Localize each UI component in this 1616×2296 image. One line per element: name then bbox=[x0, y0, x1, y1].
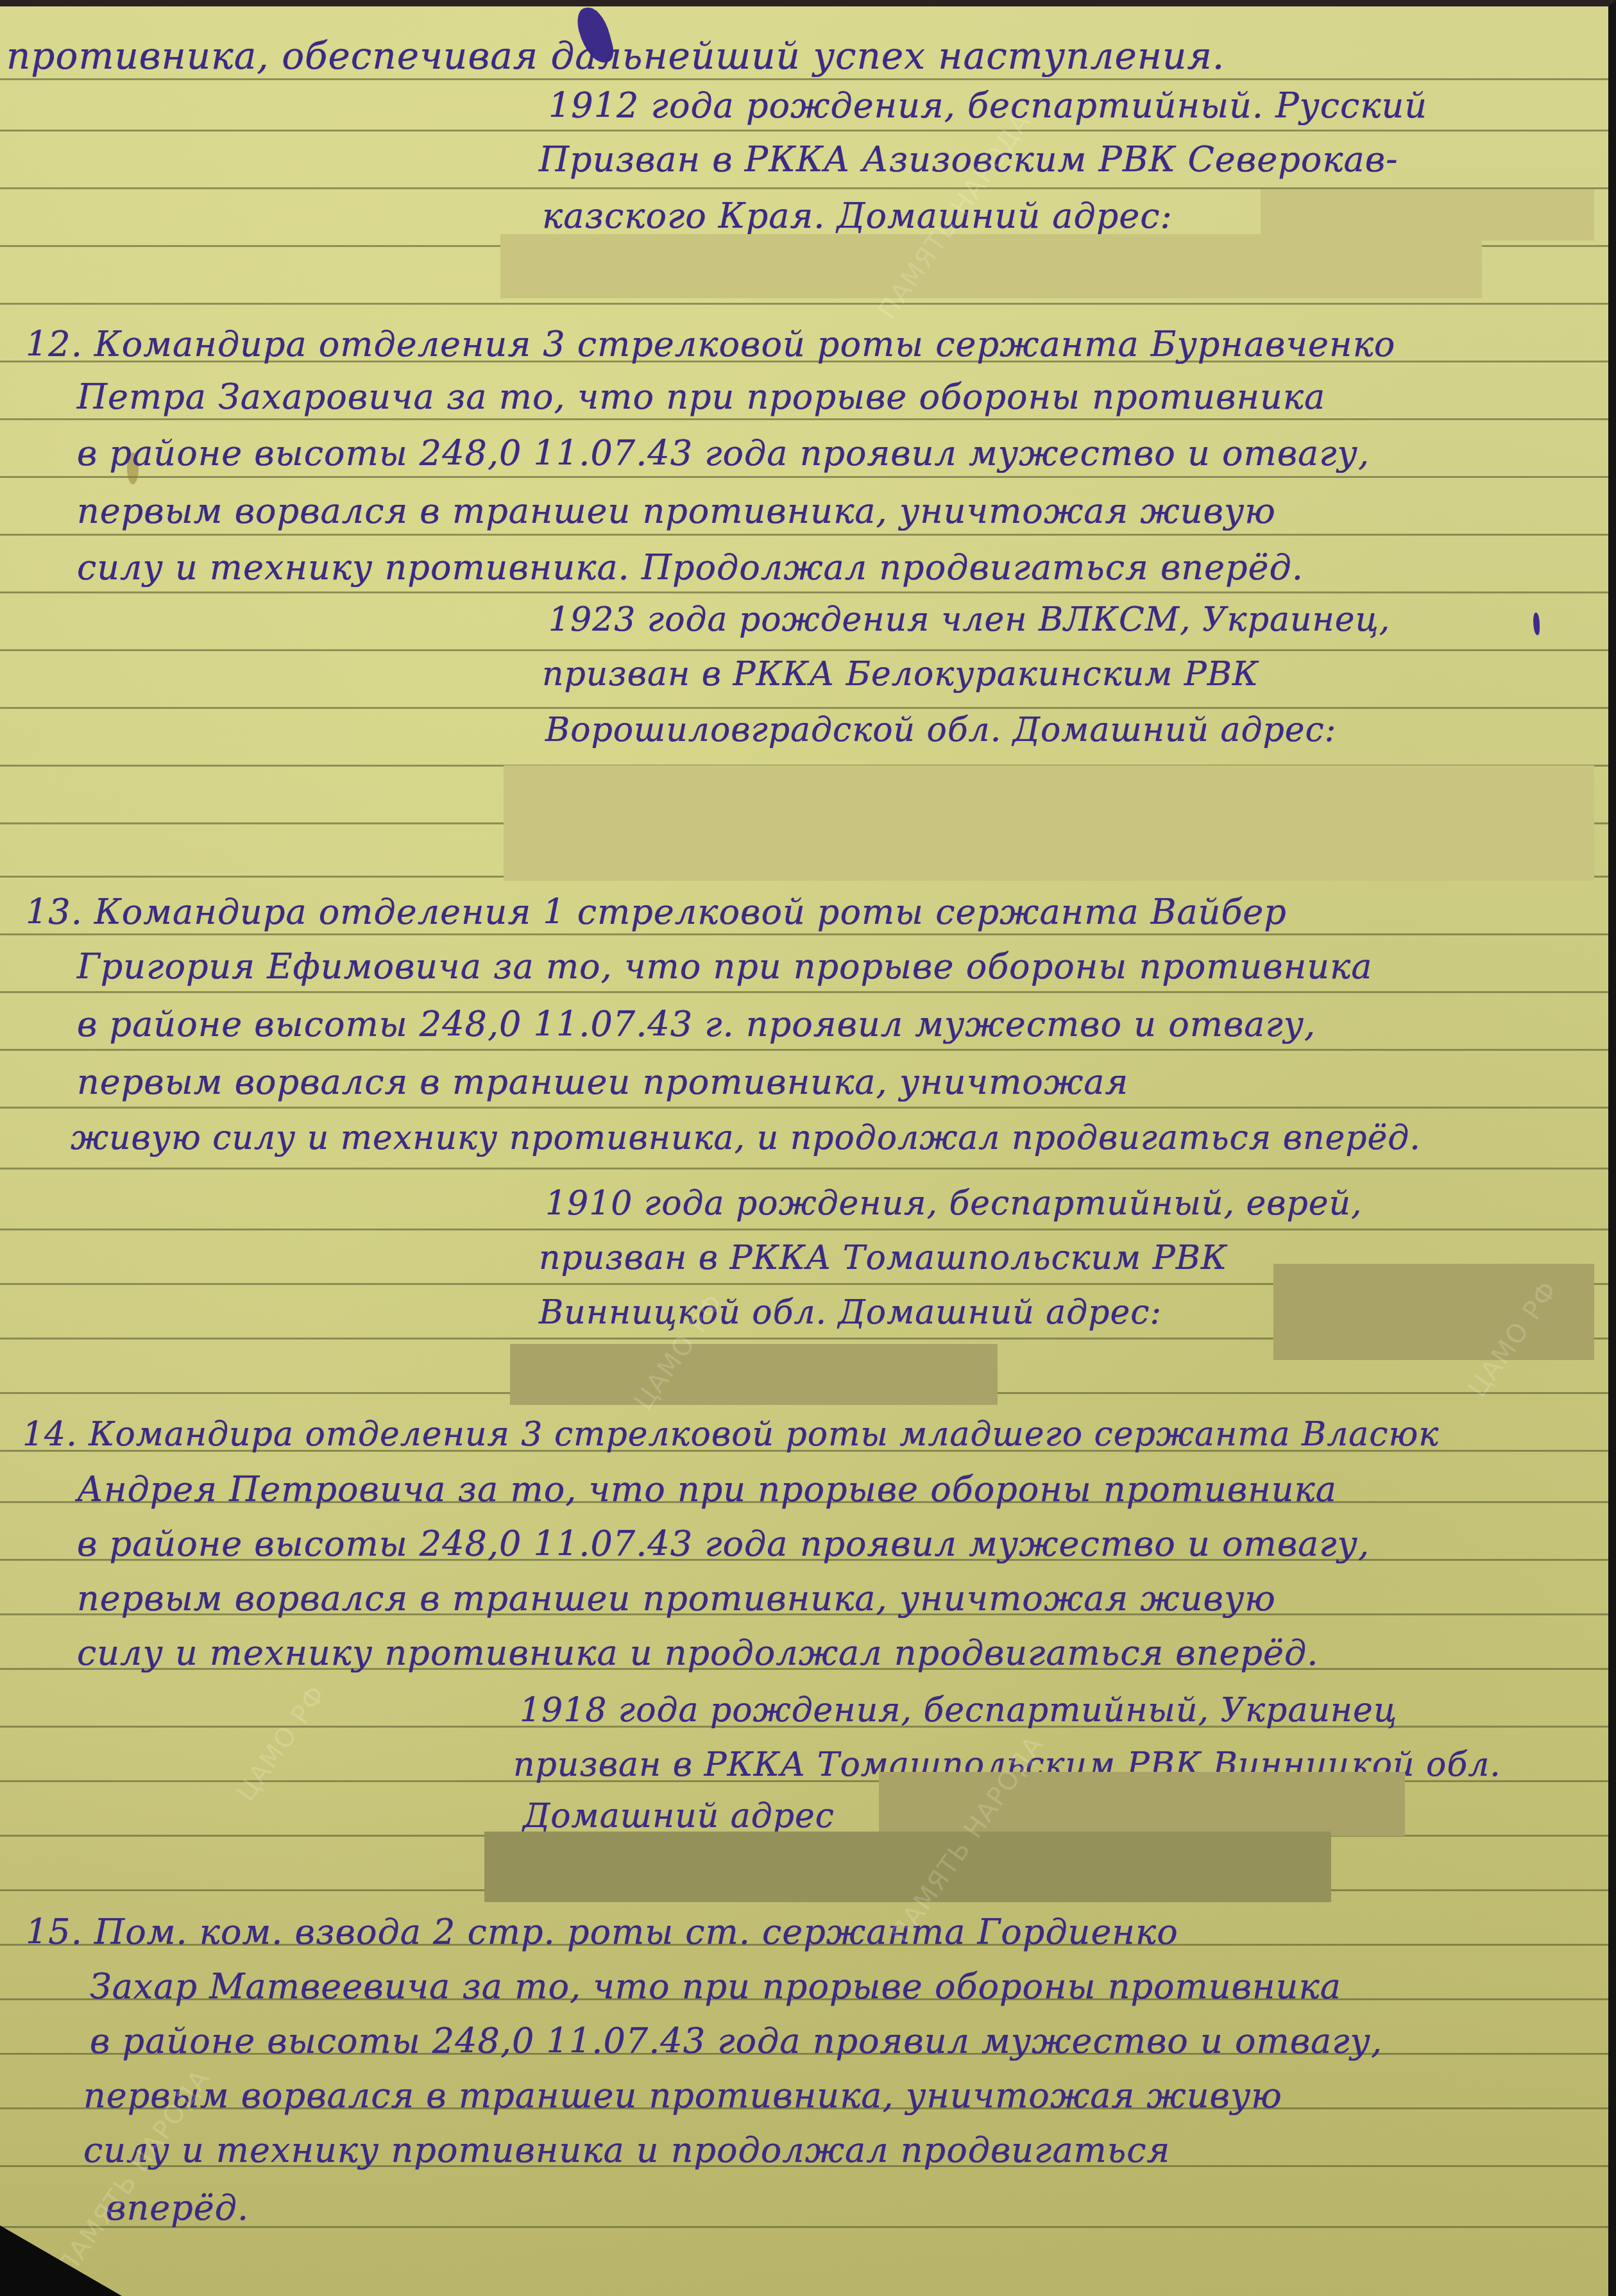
redacted-address bbox=[1261, 189, 1594, 241]
ruled-line bbox=[0, 130, 1608, 132]
handwritten-line: силу и технику противника и продолжал пр… bbox=[77, 1636, 1318, 1671]
handwritten-line: первым ворвался в траншеи противника, ун… bbox=[77, 1065, 1128, 1100]
handwritten-line: казского Края. Домашний адрес: bbox=[542, 199, 1173, 234]
handwritten-line: в районе высоты 248,0 11.07.43 года проя… bbox=[90, 2024, 1382, 2059]
entry-12-header: 12. Командира отделения 3 стрелковой рот… bbox=[26, 327, 1395, 362]
handwritten-line: призван в РККА Белокуракинским РВК bbox=[542, 658, 1259, 691]
ruled-line bbox=[0, 649, 1608, 651]
handwritten-line: Андрея Петровича за то, что при прорыве … bbox=[77, 1472, 1337, 1507]
handwritten-line: Ворошиловградской обл. Домашний адрес: bbox=[545, 713, 1336, 747]
handwritten-line: в районе высоты 248,0 11.07.43 года проя… bbox=[77, 1527, 1370, 1561]
ink-blot bbox=[1533, 613, 1540, 635]
handwritten-line: 1910 года рождения, беспартийный, еврей, bbox=[545, 1187, 1363, 1220]
ruled-line bbox=[0, 1168, 1608, 1169]
entry-13-header: 13. Командира отделения 1 стрелковой рот… bbox=[26, 895, 1287, 930]
handwritten-line: противника, обеспечивая дальнейший успех… bbox=[6, 37, 1225, 74]
ruled-line bbox=[0, 707, 1608, 709]
handwritten-line: силу и технику противника и продолжал пр… bbox=[83, 2133, 1170, 2168]
handwritten-line: 1912 года рождения, беспартийный. Русски… bbox=[549, 89, 1427, 123]
handwritten-line: в районе высоты 248,0 11.07.43 года проя… bbox=[77, 436, 1370, 471]
handwritten-line: Григория Ефимовича за то, что при прорыв… bbox=[77, 949, 1372, 984]
ruled-line bbox=[0, 933, 1608, 935]
handwritten-line: призван в РККА Томашпольским РВК bbox=[539, 1241, 1227, 1275]
entry-14-header: 14. Командира отделения 3 стрелковой рот… bbox=[22, 1418, 1439, 1451]
ruled-line bbox=[0, 1049, 1608, 1051]
redacted-address bbox=[484, 1832, 1331, 1902]
ruled-line bbox=[0, 303, 1608, 305]
handwritten-line: первым ворвался в траншеи противника, ун… bbox=[83, 2079, 1282, 2113]
ruled-line bbox=[0, 78, 1608, 80]
ruled-line bbox=[0, 476, 1608, 478]
entry-15-header: 15. Пом. ком. взвода 2 стр. роты ст. сер… bbox=[26, 1915, 1178, 1950]
ruled-line bbox=[0, 534, 1608, 536]
redacted-address bbox=[500, 234, 1482, 298]
handwritten-line: 1918 года рождения, беспартийный, Украин… bbox=[520, 1694, 1397, 1727]
handwritten-line: живую силу и технику противника, и продо… bbox=[71, 1121, 1421, 1155]
handwritten-line: Винницкой обл. Домашний адрес: bbox=[539, 1296, 1162, 1329]
page-corner-shadow bbox=[0, 2225, 122, 2296]
redacted-address bbox=[510, 1344, 998, 1405]
ruled-line bbox=[0, 591, 1608, 593]
handwritten-line: Захар Матвеевича за то, что при прорыве … bbox=[90, 1969, 1341, 2004]
handwritten-line: первым ворвался в траншеи противника, ун… bbox=[77, 1581, 1276, 1616]
ruled-line bbox=[0, 418, 1608, 420]
handwritten-line: силу и технику противника. Продолжал про… bbox=[77, 550, 1304, 585]
ruled-line bbox=[0, 1107, 1608, 1109]
document-page: противника, обеспечивая дальнейший успех… bbox=[0, 0, 1616, 2296]
handwritten-line: Петра Захаровича за то, что при прорыве … bbox=[77, 380, 1325, 414]
handwritten-line: первым ворвался в траншеи противника, ун… bbox=[77, 494, 1276, 529]
ruled-line bbox=[0, 1229, 1608, 1230]
watermark: ЦАМО РФ bbox=[231, 1679, 332, 1807]
ruled-line bbox=[0, 991, 1608, 993]
handwritten-line: Домашний адрес bbox=[523, 1799, 835, 1833]
handwritten-line: 1923 года рождения член ВЛКСМ, Украинец, bbox=[549, 603, 1390, 636]
handwritten-line: в районе высоты 248,0 11.07.43 г. прояви… bbox=[77, 1007, 1316, 1042]
redacted-address bbox=[504, 765, 1594, 881]
